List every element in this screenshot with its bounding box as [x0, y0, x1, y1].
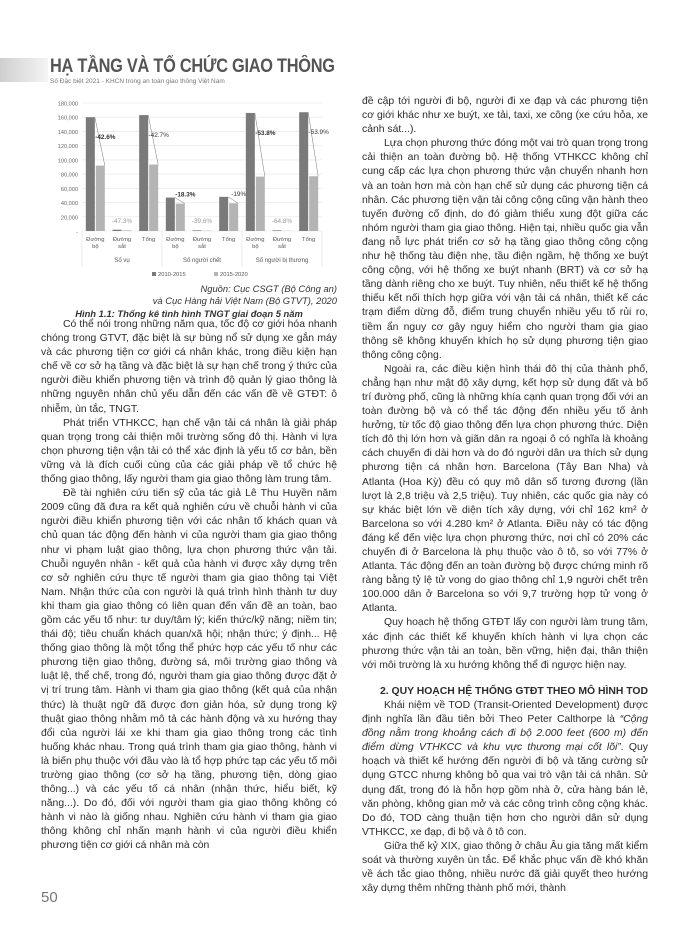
svg-text:bộ: bộ [92, 244, 98, 250]
svg-text:60,000: 60,000 [61, 187, 78, 193]
svg-text:-: - [76, 230, 78, 236]
right-text-column: đề cập tới người đi bộ, người đi xe đạp … [362, 95, 648, 896]
svg-text:Số người chết: Số người chết [183, 258, 221, 264]
svg-text:-19%: -19% [231, 191, 246, 198]
svg-text:2010-2015: 2010-2015 [158, 272, 186, 278]
section-header-subtitle: Số Đặc biệt 2021 - KHCN trong an toàn gi… [50, 78, 225, 85]
paragraph: Quy hoạch hệ thống GTĐT lấy con người là… [362, 616, 648, 672]
svg-text:Đường: Đường [273, 237, 291, 243]
svg-text:180,000: 180,000 [58, 102, 78, 108]
paragraph: Lựa chọn phương thức đóng một vai trò qu… [362, 137, 648, 363]
svg-text:Tổng: Tổng [302, 236, 315, 243]
figure-source: Nguồn: Cục CSGT (Bộ Công an) và Cục Hàng… [41, 283, 337, 307]
svg-text:Tổng: Tổng [142, 236, 155, 243]
header-accent-bar [0, 58, 48, 82]
paragraph: Khái niệm về TOD (Transit-Oriented Devel… [362, 699, 648, 840]
svg-text:Tổng: Tổng [222, 236, 235, 243]
paragraph-text: . Quy hoạch và thiết kế hướng đến người … [362, 742, 648, 838]
svg-text:Đường: Đường [86, 237, 104, 243]
svg-text:140,000: 140,000 [58, 130, 78, 136]
svg-text:160,000: 160,000 [58, 116, 78, 122]
svg-text:Đường: Đường [246, 237, 264, 243]
svg-text:100,000: 100,000 [58, 158, 78, 164]
svg-text:-42.7%: -42.7% [149, 132, 170, 139]
paragraph: Ngoài ra, các điều kiện hình thái đô thị… [362, 363, 648, 617]
svg-text:bộ: bộ [172, 244, 178, 250]
paragraph: Có thể nói trong những năm qua, tốc độ c… [41, 318, 337, 417]
left-text-column: Có thể nói trong những năm qua, tốc độ c… [41, 318, 337, 854]
paragraph: đề cập tới người đi bộ, người đi xe đạp … [362, 95, 648, 137]
svg-text:-39.6%: -39.6% [192, 218, 213, 225]
section-header-title: HẠ TẦNG VÀ TỔ CHỨC GIAO THÔNG [50, 56, 335, 78]
svg-text:Đường: Đường [166, 237, 184, 243]
accident-statistics-chart: 180,000160,000140,000120,000100,00080,00… [40, 95, 340, 280]
paragraph: Giữa thế kỷ XIX, giao thông ở châu Âu gi… [362, 840, 648, 896]
svg-text:120,000: 120,000 [58, 144, 78, 150]
svg-text:80,000: 80,000 [61, 173, 78, 179]
svg-text:sắt: sắt [278, 243, 286, 250]
svg-text:-64.8%: -64.8% [272, 218, 293, 225]
paragraph-text: Khái niệm về TOD (Transit-Oriented Devel… [362, 700, 648, 725]
figure-source-line-2: và Cục Hàng hải Việt Nam (Bộ GTVT), 2020 [41, 295, 337, 307]
svg-text:-47.3%: -47.3% [112, 218, 133, 225]
svg-text:-53.8%: -53.8% [255, 130, 276, 137]
svg-text:bộ: bộ [252, 244, 258, 250]
svg-text:sắt: sắt [118, 243, 126, 250]
svg-text:2015-2020: 2015-2020 [220, 272, 248, 278]
svg-text:-53.9%: -53.9% [309, 129, 330, 136]
svg-text:-42.6%: -42.6% [95, 134, 116, 141]
svg-text:20,000: 20,000 [61, 215, 78, 221]
paragraph: Đề tài nghiên cứu tiến sỹ của tác giả Lê… [41, 487, 337, 853]
svg-text:Đường: Đường [113, 237, 131, 243]
svg-text:Số vụ: Số vụ [114, 258, 129, 264]
svg-text:Số người bị thương: Số người bị thương [256, 258, 309, 264]
svg-text:sắt: sắt [198, 243, 206, 250]
figure-source-line-1: Nguồn: Cục CSGT (Bộ Công an) [41, 283, 337, 295]
paragraph: Phát triển VTHKCC, hạn chế vận tải cá nh… [41, 417, 337, 487]
svg-text:-18.3%: -18.3% [175, 192, 196, 199]
svg-text:Đường: Đường [193, 237, 211, 243]
svg-text:40,000: 40,000 [61, 201, 78, 207]
page-number: 50 [41, 889, 58, 906]
section-heading: 2. QUY HOẠCH HỆ THỐNG GTĐT THEO MÔ HÌNH … [362, 685, 648, 699]
